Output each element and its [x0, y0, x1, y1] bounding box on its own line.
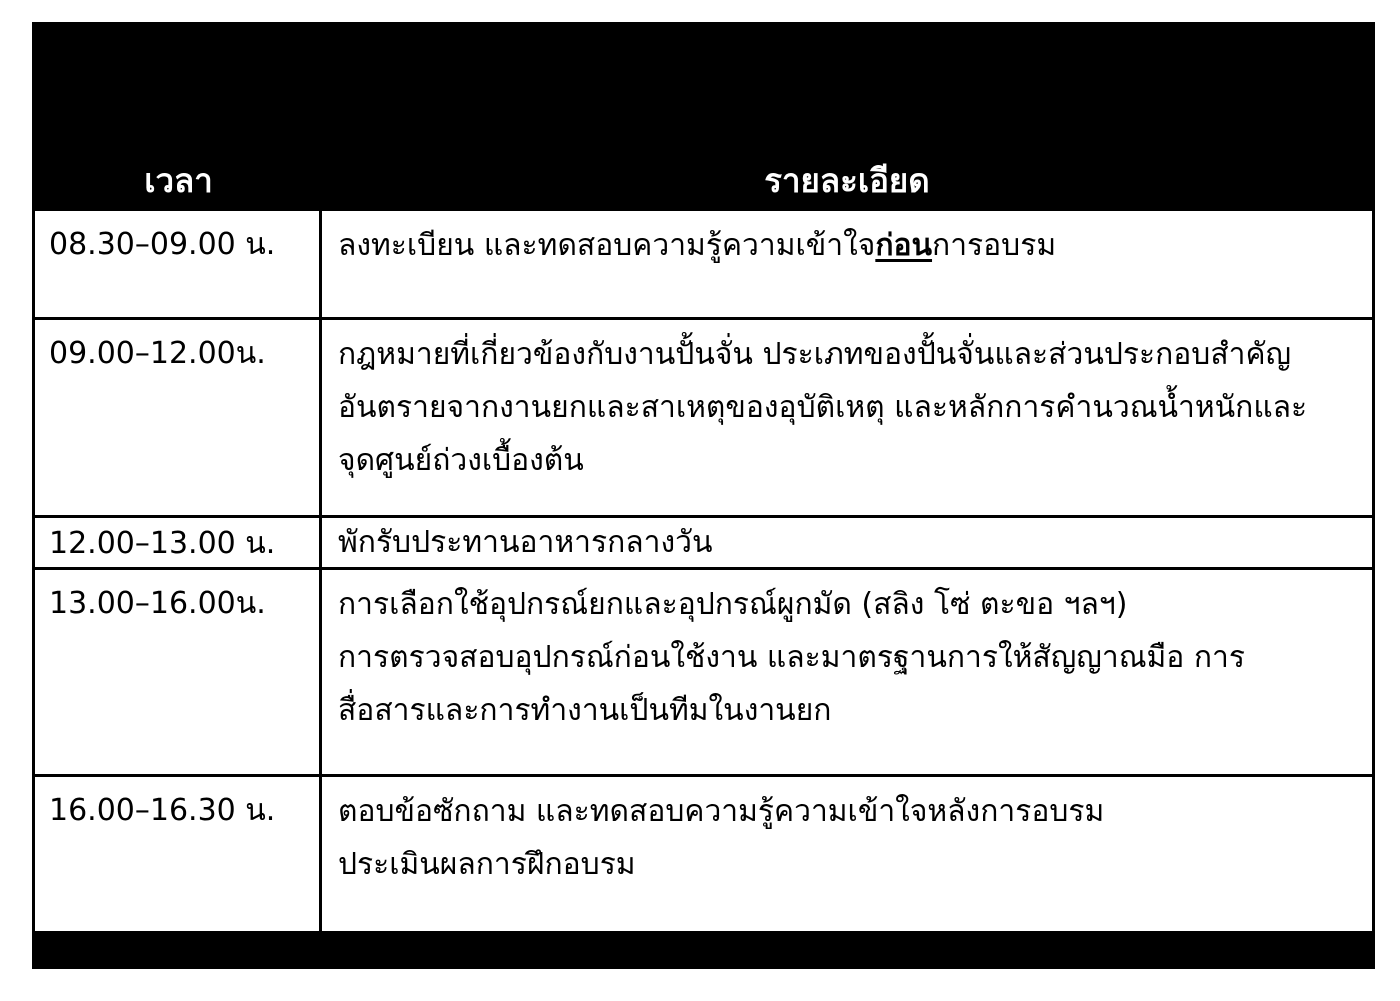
- schedule-table: เวลา รายละเอียด 08.30–09.00 น.ลงทะเบียน …: [32, 22, 1375, 969]
- detail-line: อันตรายจากงานยกและสาเหตุของอุบัติเหตุ แล…: [338, 381, 1348, 434]
- detail-line: กฎหมายที่เกี่ยวข้องกับงานปั้นจั่น ประเภท…: [338, 328, 1348, 381]
- time-cell: 12.00–13.00 น.: [35, 518, 322, 567]
- text-segment: การตรวจสอบอุปกรณ์ก่อนใช้งาน และมาตรฐานกา…: [338, 640, 1245, 675]
- emphasized-text: ก่อน: [875, 228, 932, 263]
- text-segment: การเลือกใช้อุปกรณ์ยกและอุปกรณ์ผูกมัด (สล…: [338, 587, 1127, 622]
- text-segment: ลงทะเบียน และทดสอบความรู้ความเข้าใจ: [338, 228, 875, 263]
- time-cell: 08.30–09.00 น.: [35, 211, 322, 317]
- table-header-block: เวลา รายละเอียด: [35, 25, 1372, 211]
- detail-line: การตรวจสอบอุปกรณ์ก่อนใช้งาน และมาตรฐานกา…: [338, 631, 1348, 684]
- time-cell: 09.00–12.00น.: [35, 320, 322, 515]
- text-segment: การอบรม: [932, 228, 1056, 263]
- footer-bar: [35, 931, 1372, 966]
- detail-line: สื่อสารและการทำงานเป็นทีมในงานยก: [338, 684, 1348, 737]
- text-segment: สื่อสารและการทำงานเป็นทีมในงานยก: [338, 693, 831, 728]
- text-segment: อันตรายจากงานยกและสาเหตุของอุบัติเหตุ แล…: [338, 390, 1307, 425]
- table-row: 09.00–12.00น.กฎหมายที่เกี่ยวข้องกับงานปั…: [35, 320, 1372, 518]
- text-segment: พักรับประทานอาหารกลางวัน: [338, 525, 713, 560]
- detail-cell: ตอบข้อซักถาม และทดสอบความรู้ความเข้าใจหล…: [322, 777, 1372, 931]
- detail-cell: กฎหมายที่เกี่ยวข้องกับงานปั้นจั่น ประเภท…: [322, 320, 1372, 515]
- table-row: 08.30–09.00 น.ลงทะเบียน และทดสอบความรู้ค…: [35, 211, 1372, 320]
- text-segment: จุดศูนย์ถ่วงเบื้องต้น: [338, 443, 584, 478]
- text-segment: กฎหมายที่เกี่ยวข้องกับงานปั้นจั่น ประเภท…: [338, 337, 1291, 372]
- detail-cell: พักรับประทานอาหารกลางวัน: [322, 518, 1372, 567]
- detail-line: จุดศูนย์ถ่วงเบื้องต้น: [338, 434, 1348, 487]
- detail-line: ลงทะเบียน และทดสอบความรู้ความเข้าใจก่อนก…: [338, 219, 1348, 272]
- time-cell: 13.00–16.00น.: [35, 570, 322, 774]
- detail-cell: ลงทะเบียน และทดสอบความรู้ความเข้าใจก่อนก…: [322, 211, 1372, 317]
- table-row: 12.00–13.00 น.พักรับประทานอาหารกลางวัน: [35, 518, 1372, 570]
- column-header-time: เวลา: [35, 159, 322, 203]
- detail-line: ประเมินผลการฝึกอบรม: [338, 838, 1348, 891]
- column-header-detail: รายละเอียด: [322, 159, 1372, 203]
- time-cell: 16.00–16.30 น.: [35, 777, 322, 931]
- detail-cell: การเลือกใช้อุปกรณ์ยกและอุปกรณ์ผูกมัด (สล…: [322, 570, 1372, 774]
- table-body: 08.30–09.00 น.ลงทะเบียน และทดสอบความรู้ค…: [35, 211, 1372, 931]
- detail-line: พักรับประทานอาหารกลางวัน: [338, 520, 1348, 566]
- text-segment: ประเมินผลการฝึกอบรม: [338, 847, 636, 882]
- table-row: 13.00–16.00น.การเลือกใช้อุปกรณ์ยกและอุปก…: [35, 570, 1372, 777]
- document-page: เวลา รายละเอียด 08.30–09.00 น.ลงทะเบียน …: [0, 0, 1400, 1001]
- detail-line: การเลือกใช้อุปกรณ์ยกและอุปกรณ์ผูกมัด (สล…: [338, 578, 1348, 631]
- detail-line: ตอบข้อซักถาม และทดสอบความรู้ความเข้าใจหล…: [338, 785, 1348, 838]
- table-header-row: เวลา รายละเอียด: [35, 159, 1372, 211]
- table-row: 16.00–16.30 น.ตอบข้อซักถาม และทดสอบความร…: [35, 777, 1372, 931]
- text-segment: ตอบข้อซักถาม และทดสอบความรู้ความเข้าใจหล…: [338, 794, 1104, 829]
